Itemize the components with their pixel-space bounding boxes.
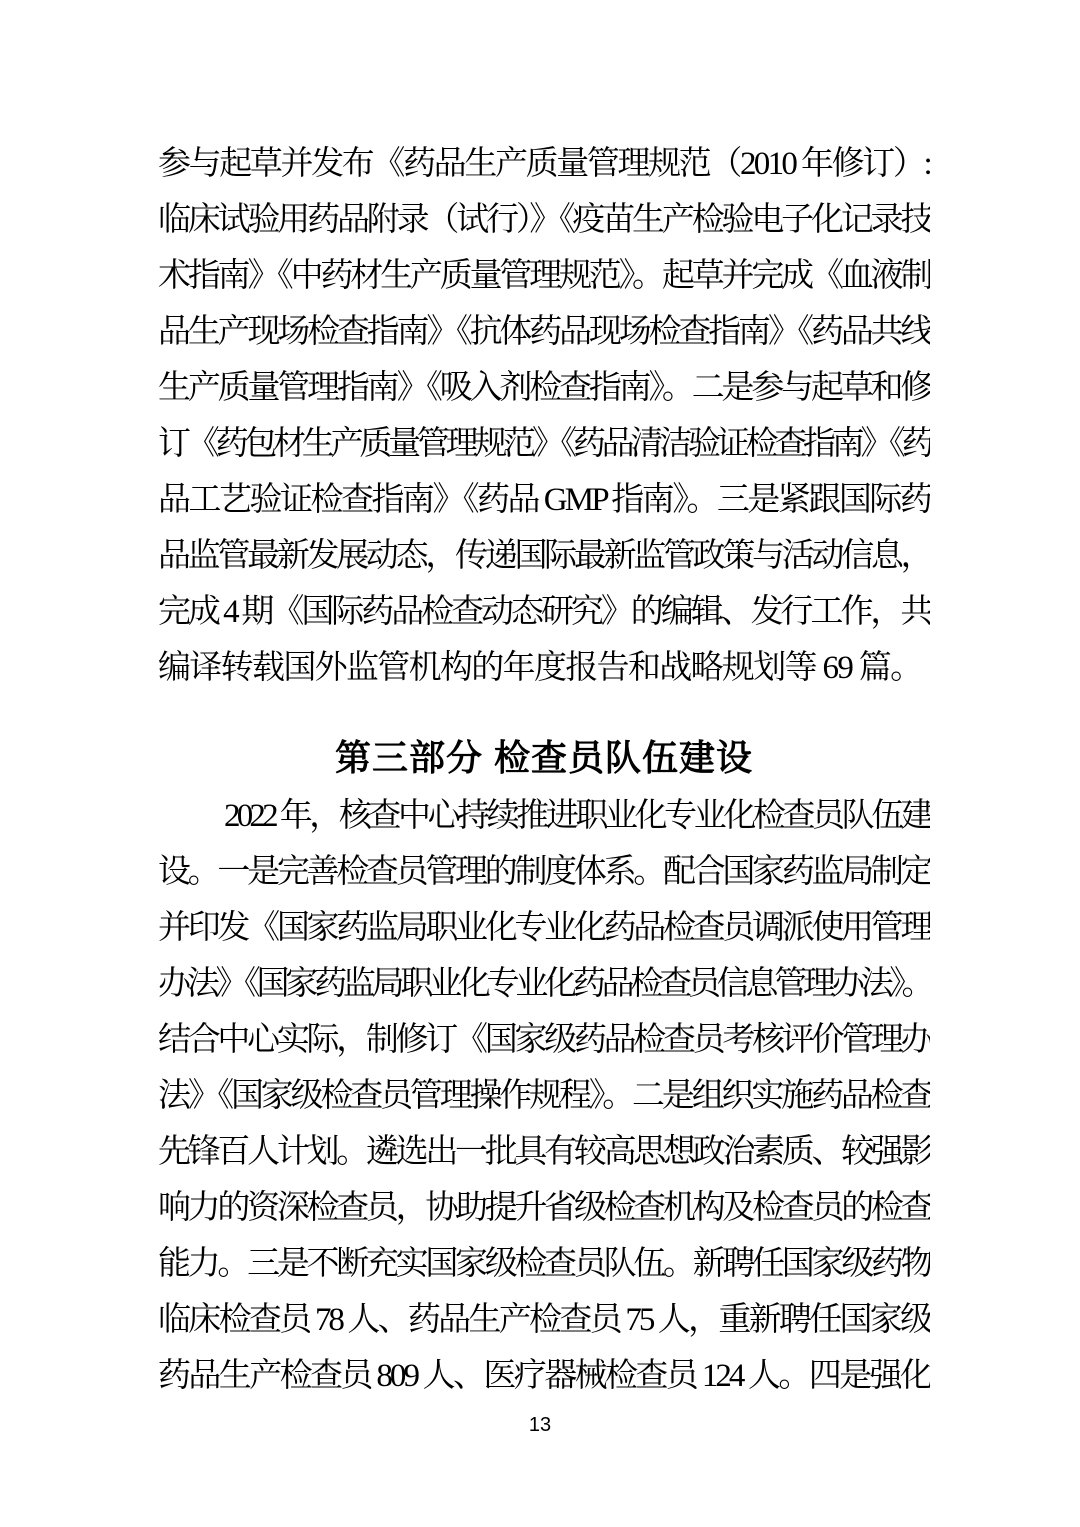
text-line: 响力的资深检查员，协助提升省级检查机构及检查员的检查	[158, 1180, 930, 1236]
text-line: 完成 4 期《国际药品检查动态研究》的编辑、发行工作，共	[158, 584, 930, 640]
text-line: 并印发《国家药监局职业化专业化药品检查员调派使用管理	[158, 900, 930, 956]
paragraph-continuation: 参与起草并发布《药品生产质量管理规范（2010 年修订）:临床试验用药品附录（试…	[158, 136, 930, 696]
text-line: 药品生产检查员 809 人、医疗器械检查员 124 人。四是强化	[158, 1348, 930, 1404]
text-line: 品生产现场检查指南》《抗体药品现场检查指南》《药品共线	[158, 304, 930, 360]
page-number: 13	[0, 1412, 1080, 1438]
text-line: 订《药包材生产质量管理规范》《药品清洁验证检查指南》《药	[158, 416, 930, 472]
section-heading: 第三部分 检查员队伍建设	[158, 733, 930, 783]
text-line: 设。一是完善检查员管理的制度体系。配合国家药监局制定	[158, 844, 930, 900]
text-line: 生产质量管理指南》《吸入剂检查指南》。二是参与起草和修	[158, 360, 930, 416]
text-line: 2022 年，核查中心持续推进职业化专业化检查员队伍建	[158, 788, 930, 844]
text-line: 办法》《国家药监局职业化专业化药品检查员信息管理办法》。	[158, 956, 930, 1012]
paragraph-inspector-team-building: 2022 年，核查中心持续推进职业化专业化检查员队伍建设。一是完善检查员管理的制…	[158, 788, 930, 1404]
text-line: 品监管最新发展动态，传递国际最新监管政策与活动信息，	[158, 528, 930, 584]
text-line: 术指南》《中药材生产质量管理规范》。起草并完成《血液制	[158, 248, 930, 304]
text-line: 编译转载国外监管机构的年度报告和战略规划等 69 篇。	[158, 640, 930, 696]
text-line: 法》《国家级检查员管理操作规程》。二是组织实施药品检查	[158, 1068, 930, 1124]
text-line: 能力。三是不断充实国家级检查员队伍。新聘任国家级药物	[158, 1236, 930, 1292]
text-line: 临床试验用药品附录（试行）》《疫苗生产检验电子化记录技	[158, 192, 930, 248]
text-line: 结合中心实际，制修订《国家级药品检查员考核评价管理办	[158, 1012, 930, 1068]
text-line: 先锋百人计划。遴选出一批具有较高思想政治素质、较强影	[158, 1124, 930, 1180]
text-line: 参与起草并发布《药品生产质量管理规范（2010 年修订）:	[158, 136, 930, 192]
page-content: 参与起草并发布《药品生产质量管理规范（2010 年修订）:临床试验用药品附录（试…	[158, 136, 930, 1404]
text-line: 品工艺验证检查指南》《药品 GMP 指南》。三是紧跟国际药	[158, 472, 930, 528]
document-page: 参与起草并发布《药品生产质量管理规范（2010 年修订）:临床试验用药品附录（试…	[0, 0, 1080, 1527]
text-line: 临床检查员 78 人、药品生产检查员 75 人，重新聘任国家级	[158, 1292, 930, 1348]
